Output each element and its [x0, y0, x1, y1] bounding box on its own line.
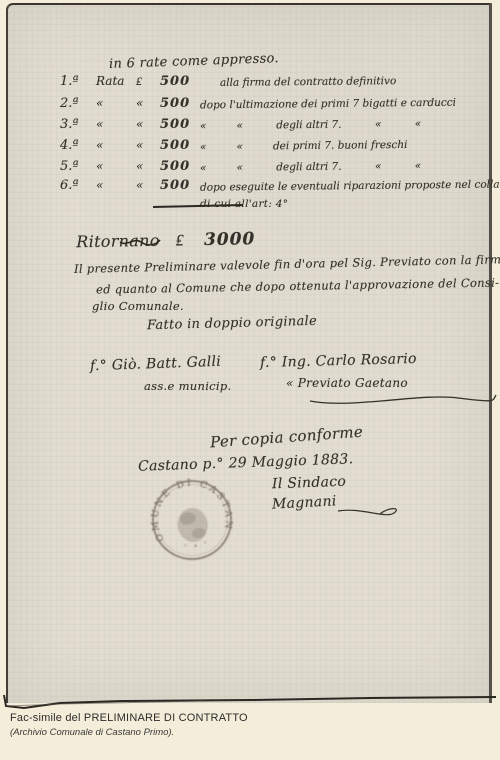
installment-label: «: [96, 138, 103, 152]
installment-row: 4.ª « « 500 « « dei primi 7. buoni fresc…: [60, 138, 500, 158]
signature-flourish: [308, 391, 498, 409]
intro-line: in 6 rate come appresso.: [109, 51, 279, 72]
certification-date-line: Castano p.° 29 Maggio 1883.: [138, 451, 354, 475]
installment-number: 6.ª: [60, 178, 79, 193]
installment-label: «: [96, 159, 103, 173]
installment-amount: 500: [160, 96, 190, 111]
installment-currency: ₤: [136, 74, 142, 89]
closing-line: Fatto in doppio originale: [147, 314, 317, 333]
installment-description: alla firma del contratto definitivo: [220, 75, 396, 89]
installment-description: « « degli altri 7. « «: [200, 118, 421, 132]
installment-row: 6.ª « « 500 dopo eseguite le eventuali r…: [60, 178, 500, 198]
installment-label: «: [96, 117, 103, 131]
installment-description: « « dei primi 7. buoni freschi: [200, 139, 408, 153]
caption-title: Fac-simile del PRELIMINARE DI CONTRATTO: [10, 712, 248, 724]
installment-number: 2.ª: [60, 96, 79, 111]
installment-row: 5.ª « « 500 « « degli altri 7. « «: [60, 159, 500, 179]
installment-description: dopo eseguite le eventuali riparazioni p…: [200, 178, 500, 193]
installment-amount: 500: [160, 178, 190, 193]
installment-label: «: [96, 178, 103, 192]
installment-currency: «: [136, 96, 143, 110]
mayor-signature: Magnani: [272, 493, 337, 512]
body-text-line: ed quanto al Comune che dopo ottenuta l'…: [96, 275, 500, 296]
installment-description: « « degli altri 7. « «: [200, 160, 421, 174]
installment-currency: «: [136, 178, 143, 192]
installment-label: «: [96, 96, 103, 110]
installment-number: 5.ª: [60, 159, 79, 174]
caption-subtitle: (Archivio Comunale di Castano Primo).: [10, 727, 174, 738]
body-text-line: glio Comunale.: [92, 299, 184, 313]
signature-left-name: f.° Giò. Batt. Galli: [90, 354, 222, 375]
document-paper: in 6 rate come appresso. 1.ª Rata ₤ 500 …: [6, 3, 492, 703]
total-underline-squiggle: [118, 237, 162, 247]
installment-currency: «: [136, 159, 143, 173]
total-currency: ₤: [176, 230, 185, 249]
installment-currency: «: [136, 117, 143, 131]
installment-description: dopo l'ultimazione dei primi 7 bigatti e…: [200, 97, 456, 112]
installment-number: 4.ª: [60, 138, 79, 153]
signature-left-title: ass.e municip.: [144, 379, 232, 393]
installment-number: 1.ª: [60, 74, 79, 89]
municipal-stamp: COMUNE DI CASTANO: [138, 466, 246, 574]
installment-row: 1.ª Rata ₤ 500 alla firma del contratto …: [60, 74, 500, 94]
installment-currency: «: [136, 138, 143, 152]
document-photo: in 6 rate come appresso. 1.ª Rata ₤ 500 …: [0, 0, 500, 707]
total-amount: 3000: [204, 229, 256, 250]
installment-number: 3.ª: [60, 117, 79, 132]
signature-right-name: f.° Ing. Carlo Rosario: [260, 351, 417, 371]
installment-label: Rata: [96, 74, 124, 88]
signature-right-title: « Previato Gaetano: [286, 376, 408, 390]
installment-row: 2.ª « « 500 dopo l'ultimazione dei primi…: [60, 96, 500, 116]
paper-torn-edge: [2, 692, 498, 710]
installment-amount: 500: [160, 74, 190, 89]
installment-row: 3.ª « « 500 « « degli altri 7. « «: [60, 117, 500, 137]
installment-amount: 500: [160, 159, 190, 174]
certification-title-line: Il Sindaco: [272, 474, 347, 493]
installment-amount: 500: [160, 138, 190, 153]
installment-amount: 500: [160, 117, 190, 132]
mayor-signature-flourish: [336, 505, 406, 521]
certification-line: Per copia conforme: [210, 423, 364, 452]
